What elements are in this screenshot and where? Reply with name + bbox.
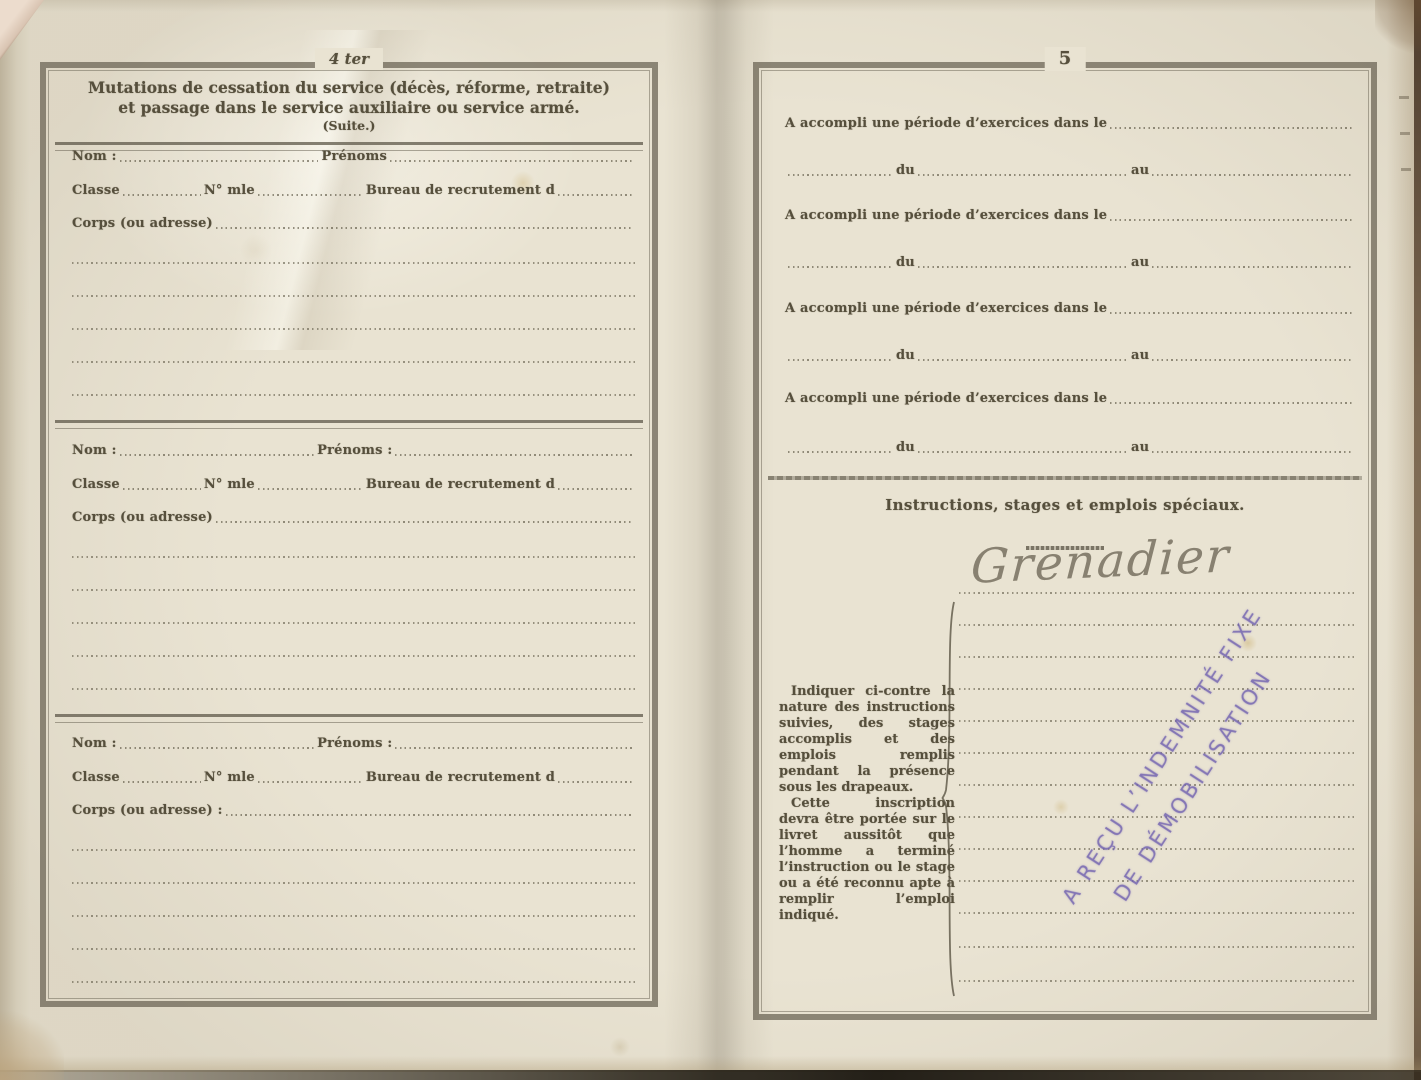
curly-brace (941, 600, 957, 998)
bureau-label: Bureau de recrutement d (366, 770, 555, 785)
dotted-leader (216, 227, 633, 229)
dotted-leader (123, 488, 201, 490)
blank-dotted-line (72, 849, 636, 851)
handwritten-entry: Grenadier (969, 528, 1232, 595)
dotted-leader (788, 359, 893, 361)
dotted-leader (918, 451, 1128, 453)
field-row-nom: Nom : Prénoms : (72, 733, 636, 751)
field-row-corps: Corps (ou adresse) : (72, 800, 636, 818)
right-paper-shade (1387, 0, 1415, 1080)
title-line-1: Mutations de cessation du service (décès… (64, 78, 634, 98)
block-divider (55, 420, 643, 429)
dotted-leader (788, 174, 893, 176)
dotted-leader (123, 781, 201, 783)
dotted-leader (918, 359, 1128, 361)
field-row-classe: Classe N° mle Bureau de recrutement d (72, 474, 636, 492)
field-row-corps: Corps (ou adresse) (72, 507, 636, 525)
bureau-label: Bureau de recrutement d (366, 183, 555, 198)
bottom-left-corner-curl (0, 1006, 64, 1080)
margin-note: Indiquer ci-contre la nature des instruc… (779, 684, 955, 924)
blank-dotted-line (72, 394, 636, 396)
corps-label: Corps (ou adresse) (72, 510, 213, 525)
numero-matricule-label: N° mle (204, 770, 255, 785)
exercise-row: A accompli une période d’exercices dans … (785, 298, 1355, 316)
edge-mark (1401, 168, 1411, 171)
blank-dotted-line (72, 655, 636, 657)
left-paper-edge (0, 0, 30, 1080)
du-au-row: du au (785, 345, 1355, 363)
du-label: du (896, 163, 915, 178)
dotted-leader (390, 160, 633, 162)
blank-dotted-line (959, 880, 1357, 882)
right-page-number: 5 (1045, 47, 1086, 71)
blank-dotted-line (959, 946, 1357, 948)
dotted-leader (1110, 402, 1352, 404)
blank-dotted-line (72, 688, 636, 690)
au-label: au (1131, 440, 1149, 455)
field-row-classe: Classe N° mle Bureau de recrutement d (72, 180, 636, 198)
blank-dotted-line (72, 882, 636, 884)
dotted-leader (120, 160, 319, 162)
blank-dotted-line (72, 981, 636, 983)
dotted-leader (558, 488, 633, 490)
nom-label: Nom : (72, 736, 117, 751)
blank-dotted-line (72, 948, 636, 950)
margin-note-paragraph-1: Indiquer ci-contre la nature des instruc… (779, 684, 955, 796)
exercise-label: A accompli une période d’exercices dans … (785, 208, 1107, 223)
section-divider (768, 476, 1362, 480)
blank-dotted-line (72, 622, 636, 624)
du-au-row: du au (785, 437, 1355, 455)
dotted-leader (395, 747, 633, 749)
blank-dotted-line (959, 912, 1357, 914)
au-label: au (1131, 348, 1149, 363)
dotted-leader (1152, 451, 1352, 453)
dotted-leader (1110, 219, 1352, 221)
left-page: 4 ter Mutations de cessation du service … (40, 62, 658, 1007)
blank-dotted-line (959, 624, 1357, 626)
blank-dotted-line (72, 915, 636, 917)
edge-mark (1400, 132, 1410, 135)
du-label: du (896, 255, 915, 270)
prenoms-label: Prénoms : (317, 443, 392, 458)
edge-mark (1399, 96, 1409, 99)
dotted-leader (788, 266, 893, 268)
exercise-row: A accompli une période d’exercices dans … (785, 113, 1355, 131)
classe-label: Classe (72, 183, 120, 198)
prenoms-label: Prénoms (321, 149, 387, 164)
left-page-number: 4 ter (315, 48, 383, 70)
corps-label: Corps (ou adresse) : (72, 803, 223, 818)
top-right-corner-wear (1375, 0, 1421, 56)
title-line-2: et passage dans le service auxiliaire ou… (64, 98, 634, 118)
dotted-leader (558, 781, 633, 783)
du-label: du (896, 348, 915, 363)
au-label: au (1131, 255, 1149, 270)
classe-label: Classe (72, 477, 120, 492)
du-au-row: du au (785, 252, 1355, 270)
du-label: du (896, 440, 915, 455)
field-row-nom: Nom : Prénoms : (72, 440, 636, 458)
exercise-label: A accompli une période d’exercices dans … (785, 391, 1107, 406)
margin-note-paragraph-2: Cette inscription devra être portée sur … (779, 796, 955, 924)
blank-dotted-line (959, 592, 1357, 594)
dotted-leader (918, 266, 1128, 268)
dotted-leader (258, 194, 363, 196)
dotted-leader (258, 781, 363, 783)
blank-dotted-line (72, 589, 636, 591)
dotted-leader (1110, 312, 1352, 314)
classe-label: Classe (72, 770, 120, 785)
field-row-corps: Corps (ou adresse) (72, 213, 636, 231)
dotted-leader (1110, 127, 1352, 129)
dotted-leader (258, 488, 363, 490)
dotted-leader (226, 814, 633, 816)
dotted-leader (123, 194, 201, 196)
left-page-title: Mutations de cessation du service (décès… (64, 78, 634, 134)
corps-label: Corps (ou adresse) (72, 216, 213, 231)
bureau-label: Bureau de recrutement d (366, 477, 555, 492)
dotted-leader (1152, 359, 1352, 361)
field-row-classe: Classe N° mle Bureau de recrutement d (72, 767, 636, 785)
folded-corner (0, 0, 44, 60)
bottom-page-stack-edge (0, 1056, 1421, 1072)
field-row-nom: Nom : Prénoms (72, 146, 636, 164)
scanned-booklet-spread: 4 ter Mutations de cessation du service … (0, 0, 1421, 1080)
blank-dotted-line (959, 980, 1357, 982)
du-au-row: du au (785, 160, 1355, 178)
dotted-leader (120, 454, 314, 456)
block-divider (55, 714, 643, 723)
blank-dotted-line (72, 262, 636, 264)
right-cover-edge (1414, 0, 1421, 1080)
blank-dotted-line (72, 361, 636, 363)
dotted-leader (216, 521, 633, 523)
nom-label: Nom : (72, 443, 117, 458)
dotted-leader (395, 454, 633, 456)
dotted-leader (558, 194, 633, 196)
blank-dotted-line (72, 295, 636, 297)
exercise-row: A accompli une période d’exercices dans … (785, 205, 1355, 223)
dotted-leader (1152, 266, 1352, 268)
blank-dotted-line (72, 328, 636, 330)
blank-dotted-line (959, 688, 1357, 690)
dotted-leader (918, 174, 1128, 176)
dotted-leader (788, 451, 893, 453)
exercise-label: A accompli une période d’exercices dans … (785, 116, 1107, 131)
exercise-row: A accompli une période d’exercices dans … (785, 388, 1355, 406)
instructions-heading: Instructions, stages et emplois spéciaux… (759, 496, 1371, 514)
dotted-leader (120, 747, 314, 749)
numero-matricule-label: N° mle (204, 477, 255, 492)
prenoms-label: Prénoms : (317, 736, 392, 751)
numero-matricule-label: N° mle (204, 183, 255, 198)
nom-label: Nom : (72, 149, 117, 164)
exercise-label: A accompli une période d’exercices dans … (785, 301, 1107, 316)
au-label: au (1131, 163, 1149, 178)
title-subtitle: (Suite.) (64, 118, 634, 134)
bottom-shadow (0, 1070, 1421, 1080)
dotted-leader (1152, 174, 1352, 176)
blank-dotted-line (72, 556, 636, 558)
